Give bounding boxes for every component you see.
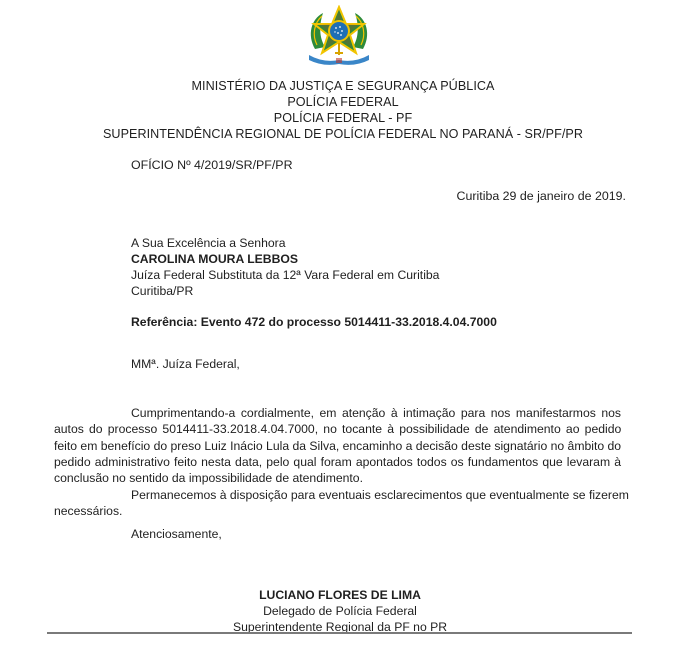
greeting: MMª. Juíza Federal, [131,357,240,371]
paragraph-line: Permanecemos à disposição para eventuais… [54,487,621,503]
header-ministry: MINISTÉRIO DA JUSTIÇA E SEGURANÇA PÚBLIC… [0,78,680,94]
header-agency-abbrev: POLÍCIA FEDERAL - PF [0,110,680,126]
paragraph-line: necessários. [54,503,621,519]
signatory-name: LUCIANO FLORES DE LIMA [0,587,680,603]
document-date: Curitiba 29 de janeiro de 2019. [457,189,626,203]
closing: Atenciosamente, [131,527,222,541]
body-paragraph-1: Cumprimentando-a cordialmente, em atençã… [54,405,621,486]
brazil-coat-of-arms-icon [303,5,375,67]
addressee-role: Juíza Federal Substituta da 12ª Vara Fed… [131,268,439,282]
paragraph-line: feito em benefício do preso Luiz Inácio … [54,438,621,454]
body-paragraph-2: Permanecemos à disposição para eventuais… [54,487,621,520]
header-superintendency: SUPERINTENDÊNCIA REGIONAL DE POLÍCIA FED… [0,126,680,142]
signatory-role: Delegado de Polícia Federal [0,603,680,619]
footer-divider [47,632,632,634]
reference-line: Referência: Evento 472 do processo 50144… [131,315,497,329]
paragraph-line: pedido administrativo feito nesta data, … [54,454,621,470]
paragraph-line: autos do processo 5014411-33.2018.4.04.7… [54,421,621,437]
document-number: OFÍCIO Nº 4/2019/SR/PF/PR [131,158,293,172]
header-agency: POLÍCIA FEDERAL [0,94,680,110]
paragraph-line: conclusão no sentido da impossibilidade … [54,470,621,486]
addressee-city: Curitiba/PR [131,284,193,298]
addressee-name: CAROLINA MOURA LEBBOS [131,252,298,266]
paragraph-line: Cumprimentando-a cordialmente, em atençã… [54,405,621,421]
addressee-salutation: A Sua Excelência a Senhora [131,236,285,250]
